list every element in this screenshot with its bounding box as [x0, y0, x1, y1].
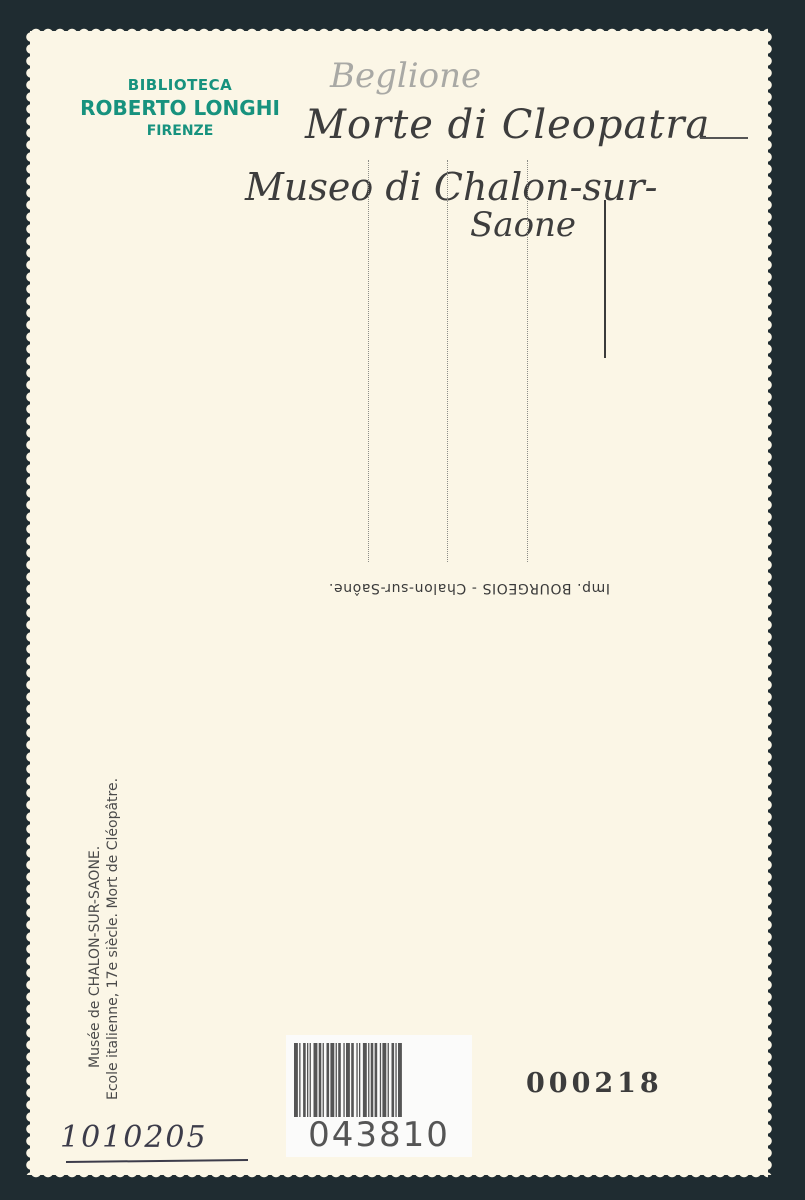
- serial-number: 000218: [526, 1068, 663, 1099]
- stamp-line-1: BIBLIOTECA: [50, 76, 310, 94]
- ink-divider-line: [604, 200, 606, 358]
- deckle-edge-bottom: [30, 1172, 768, 1178]
- deckle-edge-left: [26, 31, 31, 1175]
- printer-imprint: Imp. BOURGEOIS - Chalon-sur-Saône.: [235, 580, 610, 596]
- stamp-line-2: ROBERTO LONGHI: [50, 96, 310, 120]
- handwritten-underline: [700, 137, 748, 139]
- artwork-caption: Musée de CHALON-SUR-SAONE. Ecole italien…: [86, 778, 122, 1100]
- library-stamp: BIBLIOTECA ROBERTO LONGHI FIRENZE: [50, 76, 310, 139]
- caption-line-2: Ecole italienne, 17e siècle. Mort de Clé…: [104, 778, 122, 1100]
- stamp-line-3: FIRENZE: [50, 123, 310, 139]
- handwritten-city: Saone: [470, 205, 576, 245]
- handwritten-museum: Museo di Chalon-sur-: [245, 165, 657, 209]
- caption-line-1: Musée de CHALON-SUR-SAONE.: [86, 778, 104, 1100]
- address-line-3: [527, 160, 528, 562]
- barcode-label: 043810: [286, 1035, 472, 1157]
- address-line-2: [447, 160, 448, 562]
- deckle-edge-top: [30, 28, 768, 34]
- pencil-note: Beglione: [330, 56, 481, 96]
- handwritten-title: Morte di Cleopatra: [305, 102, 710, 148]
- inventory-number: 1010205: [60, 1120, 208, 1155]
- address-line-1: [368, 160, 369, 562]
- deckle-edge-right: [767, 31, 772, 1175]
- barcode-number: 043810: [286, 1115, 472, 1155]
- barcode-icon: [294, 1043, 464, 1117]
